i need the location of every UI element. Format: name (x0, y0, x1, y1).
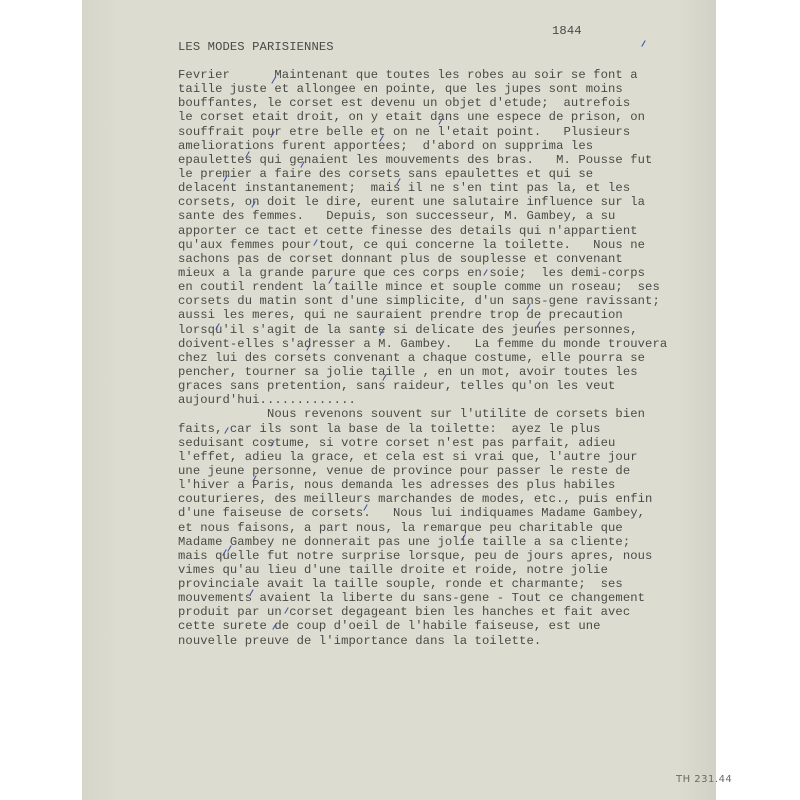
text-line: graces sans pretention, sans raideur, te… (178, 379, 667, 393)
text-line: aussi les meres, qui ne sauraient prendr… (178, 308, 667, 322)
text-line: couturieres, des meilleurs marchandes de… (178, 492, 667, 506)
document-title: LES MODES PARISIENNES (178, 40, 334, 54)
text-line: delacent instantanement; mais il ne s'en… (178, 181, 667, 195)
text-line: d'une faiseuse de corsets. Nous lui indi… (178, 506, 667, 520)
text-line: produit par un corset degageant bien les… (178, 605, 667, 619)
text-line: mais quelle fut notre surprise lorsque, … (178, 549, 667, 563)
text-line: lorsqu'il s'agit de la sante si delicate… (178, 323, 667, 337)
text-line: Madame Gambey ne donnerait pas une jolie… (178, 535, 667, 549)
text-line: mieux a la grande parure que ces corps e… (178, 266, 667, 280)
document-year: 1844 (552, 24, 582, 38)
text-line: doivent-elles s'adresser a M. Gambey. La… (178, 337, 667, 351)
text-line: une jeune personne, venue de province po… (178, 464, 667, 478)
text-line: chez lui des corsets convenant a chaque … (178, 351, 667, 365)
text-line: aujourd'hui............. (178, 393, 667, 407)
document-body: Fevrier Maintenant que toutes les robes … (178, 68, 667, 648)
text-line: souffrait pour etre belle et on ne l'eta… (178, 125, 667, 139)
text-line: bouffantes, le corset est devenu un obje… (178, 96, 667, 110)
text-line: ameliorations furent apportees; d'abord … (178, 139, 667, 153)
text-line: qu'aux femmes pour tout, ce qui concerne… (178, 238, 667, 252)
text-line: vimes qu'au lieu d'une taille droite et … (178, 563, 667, 577)
text-line: et nous faisons, a part nous, la remarqu… (178, 521, 667, 535)
text-line: Nous revenons souvent sur l'utilite de c… (178, 407, 667, 421)
text-line: l'effet, adieu la grace, et cela est si … (178, 450, 667, 464)
text-line: sante des femmes. Depuis, son successeur… (178, 209, 667, 223)
text-line: apporter ce tact et cette finesse des de… (178, 224, 667, 238)
text-line: taille juste et allongee en pointe, que … (178, 82, 667, 96)
text-line: Fevrier Maintenant que toutes les robes … (178, 68, 667, 82)
text-line: en coutil rendent la taille mince et sou… (178, 280, 667, 294)
text-line: faits, car ils sont la base de la toilet… (178, 422, 667, 436)
text-line: cette surete de coup d'oeil de l'habile … (178, 619, 667, 633)
text-line: nouvelle preuve de l'importance dans la … (178, 634, 667, 648)
text-line: le premier a faire des corsets sans epau… (178, 167, 667, 181)
text-line: le corset etait droit, on y etait dans u… (178, 110, 667, 124)
text-line: corsets du matin sont d'une simplicite, … (178, 294, 667, 308)
text-line: epaulettes qui genaient les mouvements d… (178, 153, 667, 167)
text-line: seduisant costume, si votre corset n'est… (178, 436, 667, 450)
archive-reference-mark: TH 231.44 (676, 774, 732, 785)
text-line: sachons pas de corset donnant plus de so… (178, 252, 667, 266)
text-line: pencher, tourner sa jolie taille , en un… (178, 365, 667, 379)
